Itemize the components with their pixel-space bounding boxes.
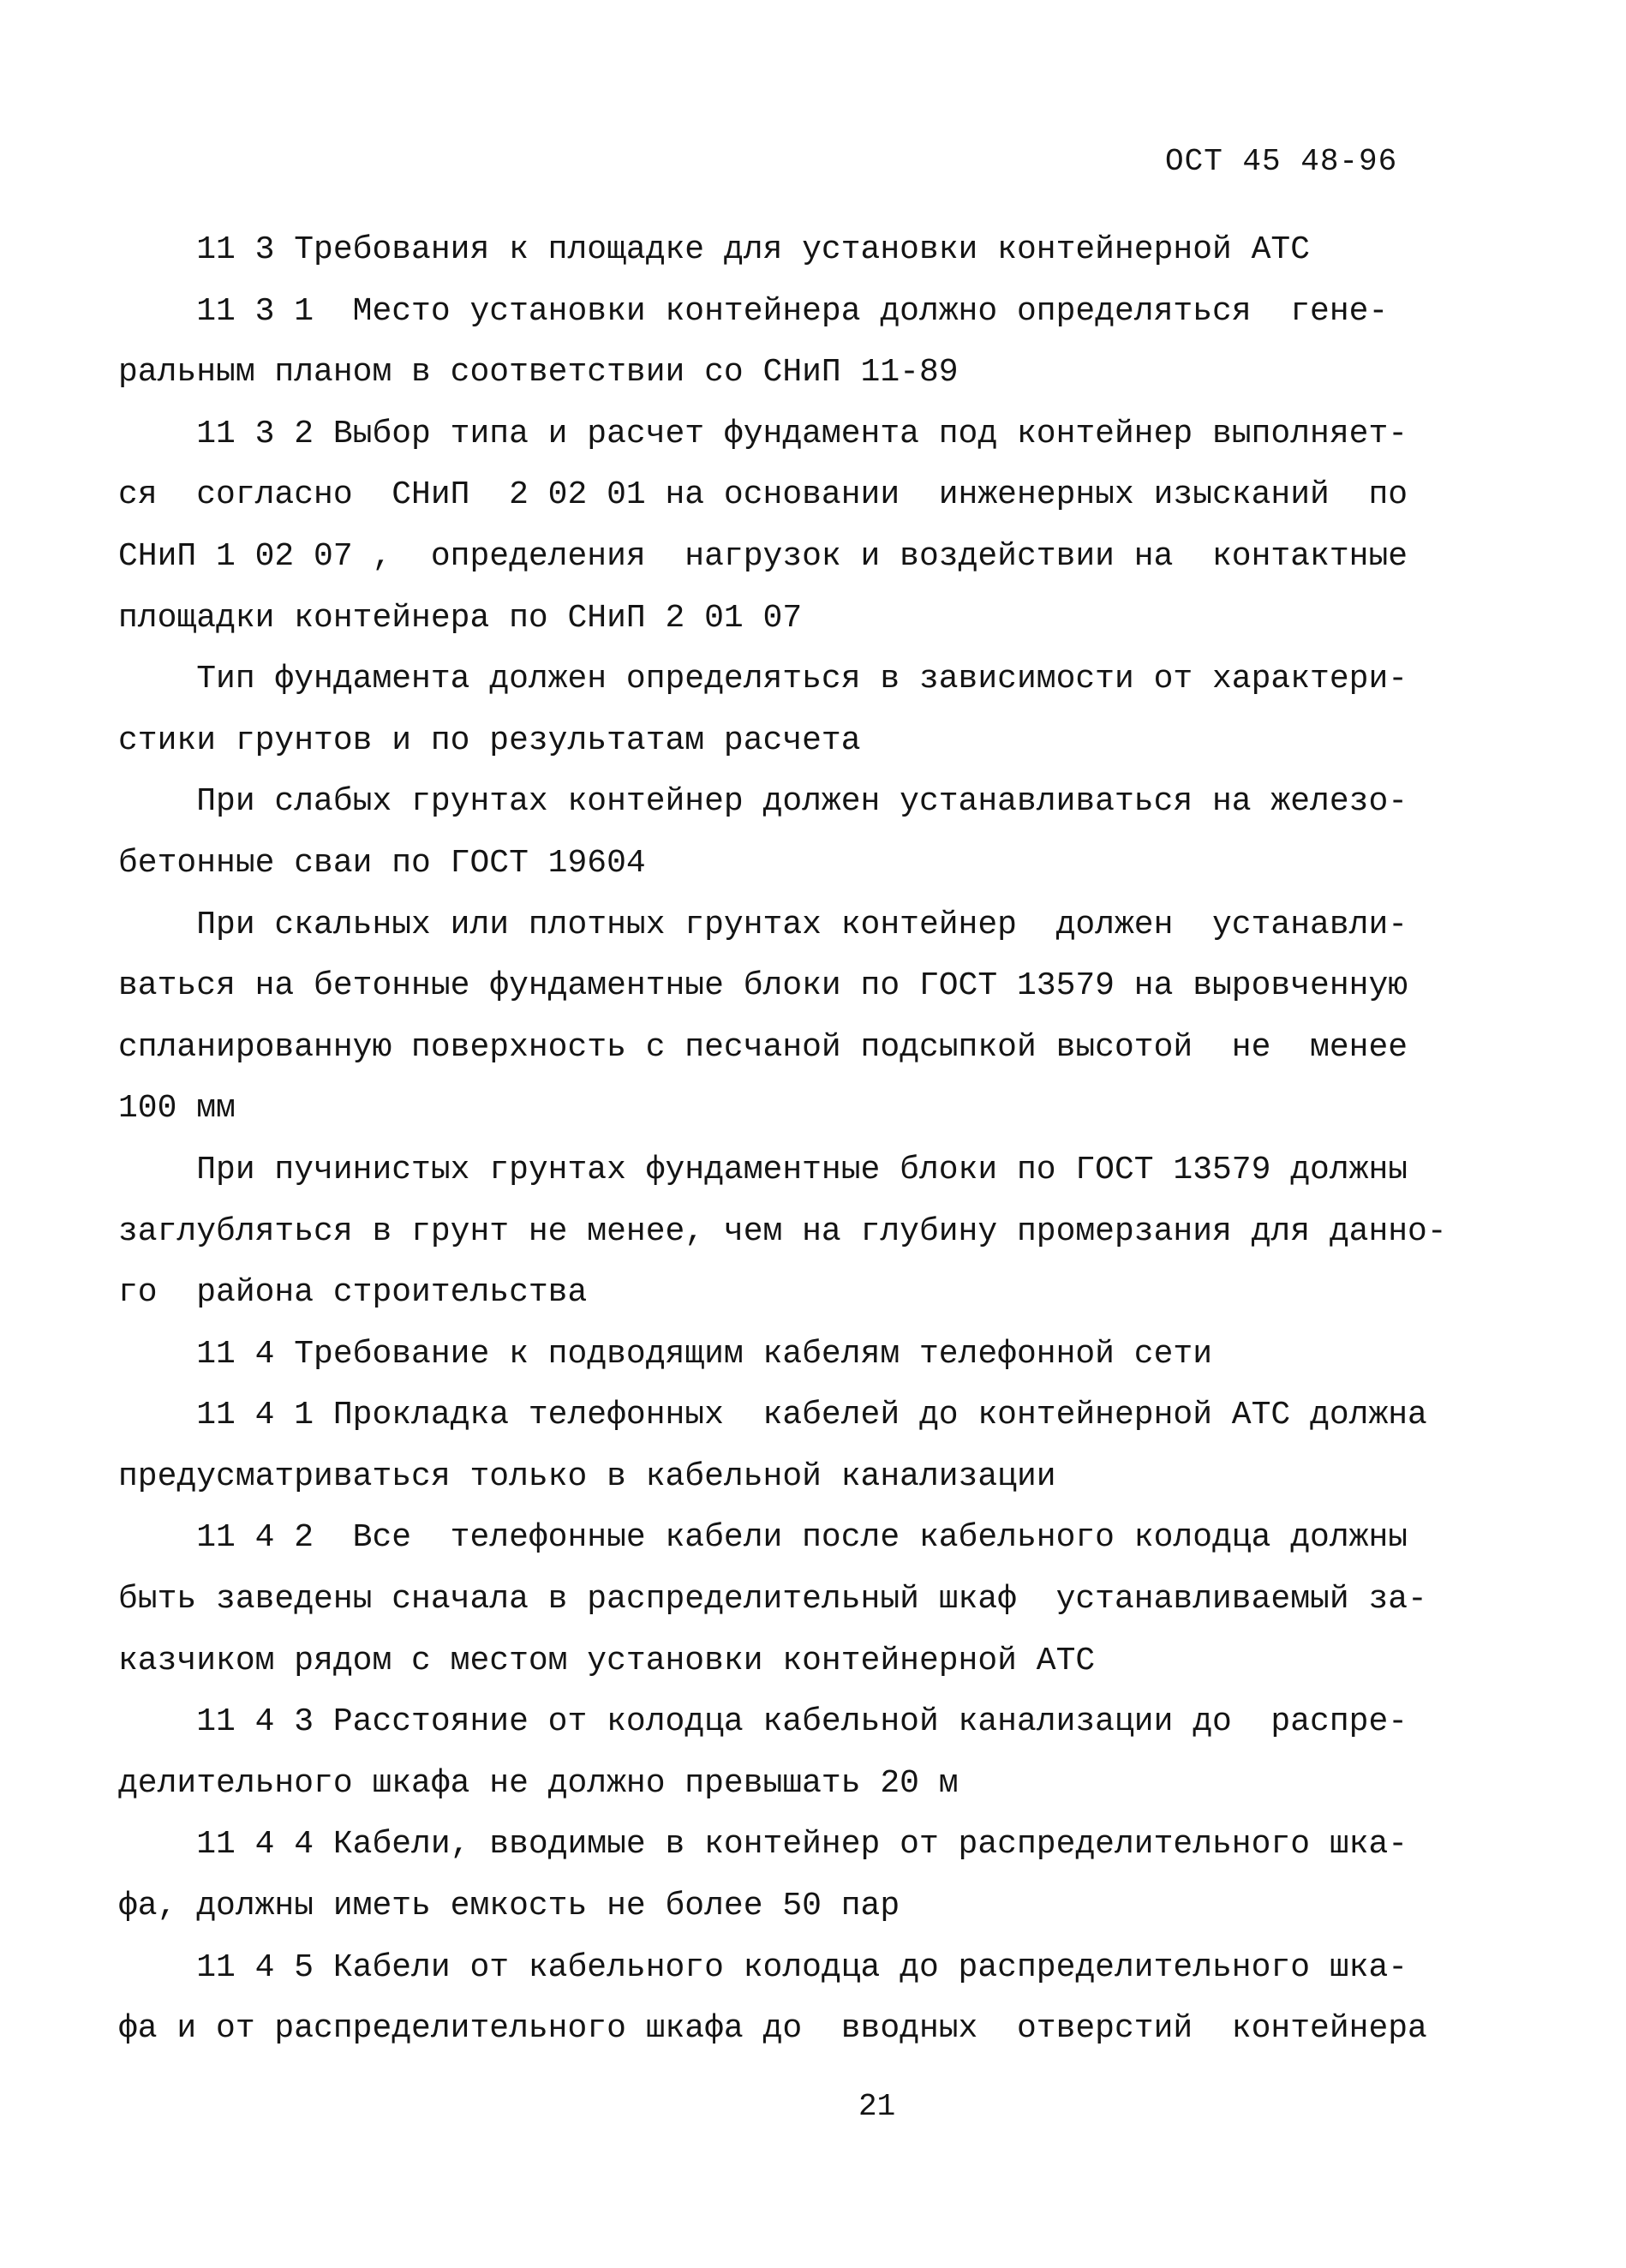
text-line: 11 4 1 Прокладка телефонных кабелей до к…: [118, 1385, 1523, 1446]
text-line: 11 3 2 Выбор типа и расчет фундамента по…: [118, 404, 1523, 465]
text-line: ся согласно СНиП 2 02 01 на основании ин…: [118, 464, 1523, 526]
text-line: фа, должны иметь емкость не более 50 пар: [118, 1876, 1523, 1937]
text-line: ваться на бетонные фундаментные блоки по…: [118, 955, 1523, 1017]
text-line: делительного шкафа не должно превышать 2…: [118, 1753, 1523, 1815]
text-line: 100 мм: [118, 1078, 1523, 1140]
text-line: 11 4 2 Все телефонные кабели после кабел…: [118, 1507, 1523, 1569]
text-line: При слабых грунтах контейнер должен уста…: [118, 771, 1523, 833]
text-line: казчиком рядом с местом установки контей…: [118, 1631, 1523, 1692]
text-line: ральным планом в соответствии со СНиП 11…: [118, 342, 1523, 404]
text-line: предусматриваться только в кабельной кан…: [118, 1446, 1523, 1508]
text-line: При скальных или плотных грунтах контейн…: [118, 895, 1523, 956]
text-line: фа и от распределительного шкафа до ввод…: [118, 1998, 1523, 2060]
document-body: 11 3 Требования к площадке для установки…: [118, 219, 1523, 2060]
text-line: 11 4 3 Расстояние от колодца кабельной к…: [118, 1691, 1523, 1753]
text-line: СНиП 1 02 07 , определения нагрузок и во…: [118, 526, 1523, 588]
document-standard-header: ОСТ 45 48-96: [1165, 144, 1397, 179]
page-number: 21: [858, 2089, 895, 2124]
text-line: бетонные сваи по ГОСТ 19604: [118, 833, 1523, 895]
text-line: спланированную поверхность с песчаной по…: [118, 1017, 1523, 1079]
text-line: быть заведены сначала в распределительны…: [118, 1569, 1523, 1631]
text-line: заглубляться в грунт не менее, чем на гл…: [118, 1201, 1523, 1263]
text-line: го района строительства: [118, 1262, 1523, 1324]
text-line: площадки контейнера по СНиП 2 01 07: [118, 588, 1523, 649]
text-line: 11 4 Требование к подводящим кабелям тел…: [118, 1324, 1523, 1385]
text-line: 11 3 Требования к площадке для установки…: [118, 219, 1523, 281]
text-line: 11 4 5 Кабели от кабельного колодца до р…: [118, 1937, 1523, 1999]
text-line: стики грунтов и по результатам расчета: [118, 710, 1523, 772]
scanned-document-page: ОСТ 45 48-96 11 3 Требования к площадке …: [0, 0, 1626, 2268]
text-line: При пучинистых грунтах фундаментные блок…: [118, 1140, 1523, 1201]
text-line: Тип фундамента должен определяться в зав…: [118, 649, 1523, 710]
text-line: 11 4 4 Кабели, вводимые в контейнер от р…: [118, 1814, 1523, 1876]
text-line: 11 3 1 Место установки контейнера должно…: [118, 281, 1523, 343]
